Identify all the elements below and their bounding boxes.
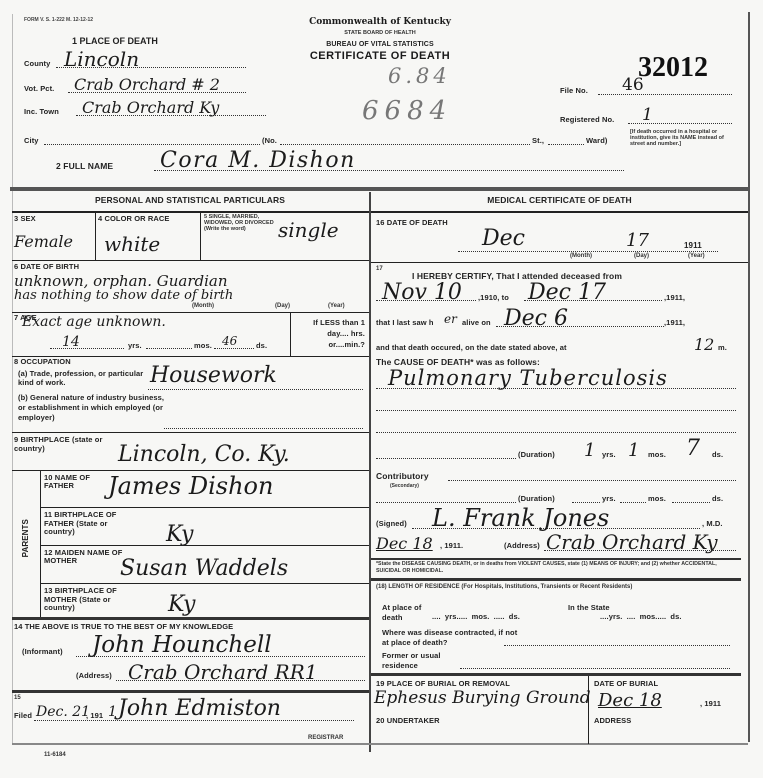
physician-address: Crab Orchard Ky xyxy=(546,530,718,554)
last-saw-row: that I last saw h er alive on Dec 6 ,191… xyxy=(376,310,736,330)
sex-label: 3 SEX xyxy=(14,215,36,223)
father-birthplace-value: Ky xyxy=(166,522,193,547)
last-saw-year: ,1911, xyxy=(664,319,685,327)
last-saw-date: Dec 6 xyxy=(504,306,568,331)
secondary-label: (Secondary) xyxy=(390,484,419,489)
personal-title-rule xyxy=(12,211,369,213)
annotation-2: 6684 xyxy=(362,96,452,126)
birthplace-value: Lincoln, Co. Ky. xyxy=(118,442,290,467)
burial-place-value: Ephesus Burying Ground xyxy=(374,688,591,708)
certificate-title: CERTIFICATE OF DEATH xyxy=(270,50,490,62)
place-of-death-label: 1 PLACE OF DEATH xyxy=(72,36,158,46)
occupation-label: 8 OCCUPATION xyxy=(14,358,71,366)
date-of-death-rule xyxy=(371,262,748,263)
age-ds-label: ds. xyxy=(256,342,267,350)
death-time-label: and that death occured, on the date stat… xyxy=(376,344,567,352)
dob-day-label: (Day) xyxy=(275,303,290,309)
birthplace-label: 9 BIRTHPLACE (state or country) xyxy=(14,435,104,453)
occupation-rule xyxy=(12,432,369,433)
ward-underline xyxy=(548,144,584,145)
filed-year-prefix: , 191 xyxy=(86,712,103,720)
county-row: County Lincoln xyxy=(24,55,246,69)
certify-number: 17 xyxy=(376,266,383,272)
inc-town-label: Inc. Town xyxy=(24,108,59,116)
burial-divider xyxy=(588,676,589,744)
registered-no-value: 1 xyxy=(642,105,653,125)
age-mos-underline xyxy=(146,348,192,349)
occupation-b-label: (b) General nature of industry business,… xyxy=(18,393,168,422)
state-board-heading: STATE BOARD OF HEALTH xyxy=(280,31,480,37)
sex-value: Female xyxy=(14,232,73,251)
mother-rule xyxy=(40,583,369,584)
registered-no-label: Registered No. xyxy=(560,116,614,124)
duration-ds-label: ds. xyxy=(712,451,723,459)
death-day: 17 xyxy=(626,230,649,251)
death-day-caption: (Day) xyxy=(634,253,649,259)
parents-label: PARENTS xyxy=(22,508,30,568)
informant-address-row: (Address) Crab Orchard RR1 xyxy=(76,664,367,682)
dob-month-label: (Month) xyxy=(192,303,214,309)
father-birthplace-rule xyxy=(40,545,369,546)
less-than-day-label: If LESS than 1 day.... hrs. or....min.? xyxy=(295,318,365,351)
burial-date-label: DATE OF BURIAL xyxy=(594,680,658,688)
duration-yrs-label: yrs. xyxy=(602,451,616,459)
last-saw-pronoun: er xyxy=(444,312,457,326)
age-yrs-label: yrs. xyxy=(128,342,142,350)
file-no-row: File No. 46 xyxy=(560,84,735,98)
filed-year-suffix: 1 xyxy=(108,704,117,720)
county-value: Lincoln xyxy=(64,47,139,71)
dob-value-line2: has nothing to show date of birth xyxy=(14,288,233,303)
father-name-label: 10 NAME OF FATHER xyxy=(44,474,104,490)
city-row: City (No. St., Ward) xyxy=(24,135,724,149)
filed-label: Filed xyxy=(14,712,32,720)
physician-address-label: (Address) xyxy=(504,542,540,550)
former-residence-underline xyxy=(460,668,730,669)
sex-color-divider xyxy=(95,213,96,260)
death-year-caption: (Year) xyxy=(688,253,705,259)
father-name-value: James Dishon xyxy=(108,472,273,500)
duration-row: (Duration) 1 yrs. 1 mos. 7 ds. xyxy=(376,446,736,462)
knowledge-statement: 14 THE ABOVE IS TRUE TO THE BEST OF MY K… xyxy=(14,623,233,631)
street-underline xyxy=(280,144,530,145)
age-days-value: 46 xyxy=(222,334,237,348)
dob-label: 6 DATE OF BIRTH xyxy=(14,263,79,271)
filed-row: Filed Dec. 21 , 191 1 John Edmiston xyxy=(14,702,364,726)
contributory-ds-label: ds. xyxy=(712,495,723,503)
color-marital-divider xyxy=(200,213,201,260)
date-of-death-label: 16 DATE OF DEATH xyxy=(376,219,448,227)
age-mos-label: mos. xyxy=(194,342,212,350)
header-divider xyxy=(10,187,748,191)
death-year: 1911 xyxy=(684,242,702,250)
birthplace-rule xyxy=(12,470,369,471)
last-saw-label: that I last saw h xyxy=(376,319,434,327)
registrar-label: REGISTRAR xyxy=(308,735,343,741)
death-time-value: 12 xyxy=(694,335,714,354)
dob-rule xyxy=(12,312,369,313)
where-contracted-underline xyxy=(504,645,730,646)
informant-label: (Informant) xyxy=(22,648,63,656)
at-place-label: At place of death xyxy=(382,603,430,623)
duration-mos-value: 1 xyxy=(628,440,639,461)
cause-underline-3 xyxy=(376,432,736,433)
death-month: Dec xyxy=(482,226,525,251)
age-values-row: 14 yrs. mos. 46 ds. xyxy=(50,336,290,352)
sex-row-rule xyxy=(12,260,369,261)
where-contracted-label: Where was disease contracted, if not at … xyxy=(382,628,522,648)
death-month-caption: (Month) xyxy=(570,253,592,259)
color-label: 4 COLOR OR RACE xyxy=(98,215,170,223)
file-no-label: File No. xyxy=(560,87,588,95)
filed-date: Dec. 21 xyxy=(36,704,90,720)
age-years-value: 14 xyxy=(62,334,80,350)
undertaker-label: 20 UNDERTAKER xyxy=(376,717,440,725)
full-name-row: 2 FULL NAME Cora M. Dishon xyxy=(56,157,656,173)
burial-date-value: Dec 18 xyxy=(598,690,662,711)
annotation-1: 6.84 xyxy=(388,64,451,88)
mother-birthplace-value: Ky xyxy=(168,592,195,617)
contributory-mos-underline xyxy=(620,502,646,503)
informant-address-value: Crab Orchard RR1 xyxy=(128,660,317,684)
residence-label: (18) LENGTH OF RESIDENCE (For Hospitals,… xyxy=(376,584,736,592)
full-name-label: 2 FULL NAME xyxy=(56,162,113,171)
md-label: , M.D. xyxy=(702,520,723,528)
contributory-yrs-label: yrs. xyxy=(602,495,616,503)
signed-row: (Signed) L. Frank Jones , M.D. xyxy=(376,512,736,532)
medical-section-title: MEDICAL CERTIFICATE OF DEATH xyxy=(372,196,747,205)
inc-town-value: Crab Orchard Ky xyxy=(82,98,219,117)
mother-birthplace-label: 13 BIRTHPLACE OF MOTHER (State or countr… xyxy=(44,587,134,613)
attended-from: Nov 10 xyxy=(382,280,462,305)
marital-value: single xyxy=(278,218,339,242)
inc-town-row: Inc. Town Crab Orchard Ky xyxy=(24,103,246,117)
contributory-mos-label: mos. xyxy=(648,495,666,503)
vot-pct-value: Crab Orchard # 2 xyxy=(74,75,220,94)
informant-row: (Informant) John Hounchell xyxy=(22,638,367,660)
occupation-a-underline xyxy=(148,389,363,390)
bureau-heading: BUREAU OF VITAL STATISTICS xyxy=(280,41,480,48)
date-of-death-underline xyxy=(458,251,718,252)
in-state-values: ....yrs. .... mos..... ds. xyxy=(600,613,682,621)
signed-date: Dec 18 xyxy=(376,534,433,553)
medical-title-rule xyxy=(371,211,748,213)
signed-label: (Signed) xyxy=(376,520,407,528)
registered-no-row: Registered No. 1 xyxy=(560,113,735,127)
hospital-note: [If death occurred in a hospital or inst… xyxy=(630,130,726,147)
center-divider xyxy=(369,192,371,752)
alive-on-label: alive on xyxy=(462,319,491,327)
contributory-yrs-underline xyxy=(572,502,600,503)
signed-date-row: Dec 18 , 1911. (Address) Crab Orchard Ky xyxy=(376,534,736,556)
footnote-bottom-rule xyxy=(371,578,741,581)
attended-to: Dec 17 xyxy=(528,280,606,305)
attended-from-year: ,1910, to xyxy=(478,294,509,302)
cause-value: Pulmonary Tuberculosis xyxy=(388,366,668,390)
vot-pct-row: Vot. Pct. Crab Orchard # 2 xyxy=(24,80,246,94)
duration-yrs-value: 1 xyxy=(584,440,595,461)
registrar-signature: John Edmiston xyxy=(118,696,281,721)
burial-place-label: 19 PLACE OF BURIAL OR REMOVAL xyxy=(376,680,510,688)
age-days-underline xyxy=(214,348,254,349)
bottom-rule xyxy=(12,743,748,745)
duration-label: (Duration) xyxy=(518,451,555,459)
occupation-a-label: (a) Trade, profession, or particular kin… xyxy=(18,369,158,388)
contributory-underline xyxy=(448,480,736,481)
contributory-duration-lead xyxy=(376,502,516,503)
attended-row: Nov 10 ,1910, to Dec 17 ,1911, xyxy=(376,284,736,304)
street-number-label: (No. xyxy=(262,137,277,145)
father-rule xyxy=(40,507,369,508)
age-note: Exact age unknown. xyxy=(22,314,166,330)
full-name-value: Cora M. Dishon xyxy=(160,148,356,173)
cause-footnote: *State the DISEASE CAUSING DEATH, or in … xyxy=(376,561,736,575)
age-less-divider xyxy=(290,312,291,356)
duration-mos-label: mos. xyxy=(648,451,666,459)
burial-year: , 1911 xyxy=(700,700,721,708)
county-label: County xyxy=(24,60,50,68)
duration-lead-underline xyxy=(376,458,516,459)
contributory-row: Contributory (Secondary) xyxy=(376,470,736,492)
at-place-values: .... yrs..... mos. ..... ds. xyxy=(432,613,520,621)
left-edge-line xyxy=(12,14,13,744)
duration-days-value: 7 xyxy=(686,436,700,461)
death-certificate: FORM V. S. 1-222 M. 12-12-12 Commonwealt… xyxy=(0,0,763,778)
signed-year: , 1911. xyxy=(440,542,463,550)
informant-value: John Hounchell xyxy=(92,632,272,658)
dob-year-label: (Year) xyxy=(328,303,345,309)
contributory-label: Contributory xyxy=(376,472,429,481)
file-no-value: 46 xyxy=(622,75,644,95)
occupation-b-underline xyxy=(164,428,363,429)
occupation-value: Housework xyxy=(150,363,277,388)
father-birthplace-label: 11 BIRTHPLACE OF FATHER (State or countr… xyxy=(44,511,134,537)
color-value: white xyxy=(104,232,160,256)
personal-section-title: PERSONAL AND STATISTICAL PARTICULARS xyxy=(14,196,366,205)
certificate-number: 32012 xyxy=(638,52,708,84)
death-time-suffix: m. xyxy=(718,344,727,352)
field-15-number: 15 xyxy=(14,695,21,701)
st-label: St., xyxy=(532,137,544,145)
parents-bottom-rule xyxy=(12,617,369,620)
footer-code: 11-6184 xyxy=(44,752,66,758)
death-time-row: and that death occured, on the date stat… xyxy=(376,336,736,356)
signature-bottom-rule xyxy=(371,558,741,560)
right-border xyxy=(748,12,750,742)
contributory-duration-label: (Duration) xyxy=(518,495,555,503)
parents-divider xyxy=(40,470,41,618)
physician-signature: L. Frank Jones xyxy=(432,504,609,532)
former-residence-label: Former or usual residence xyxy=(382,651,472,671)
attended-to-year: ,1911, xyxy=(664,294,685,302)
residence-bottom-rule xyxy=(371,673,741,676)
vot-pct-label: Vot. Pct. xyxy=(24,85,54,93)
form-number: FORM V. S. 1-222 M. 12-12-12 xyxy=(24,18,93,23)
city-label: City xyxy=(24,137,39,145)
ward-label: Ward) xyxy=(586,137,607,145)
city-underline xyxy=(44,144,260,145)
cause-underline-2 xyxy=(376,410,736,411)
undertaker-address-label: ADDRESS xyxy=(594,717,631,725)
file-no-underline xyxy=(598,94,732,95)
informant-bottom-rule xyxy=(12,690,369,693)
commonwealth-heading: Commonwealth of Kentucky xyxy=(280,17,480,27)
mother-name-value: Susan Waddels xyxy=(120,556,288,581)
informant-address-label: (Address) xyxy=(76,672,112,680)
contributory-ds-underline xyxy=(672,502,710,503)
marital-label: 5 SINGLE, MARRIED, WIDOWED, OR DIVORCED … xyxy=(204,215,284,232)
